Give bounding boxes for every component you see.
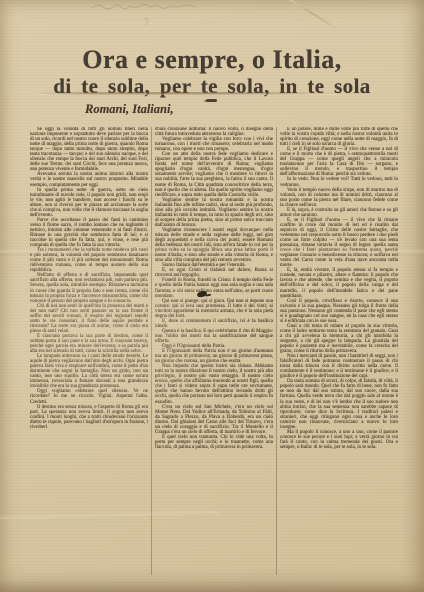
paragraph: Qui non si piange: qui si giura. Qui non… (155, 299, 273, 319)
paragraph: Così il popolo, crocifisso e risorto, co… (280, 299, 398, 324)
paragraph: Avevamo serrata la nostra anima intorno … (30, 172, 148, 187)
paragraph: E, se il Figliuol d'uomo — il vivo che l… (280, 218, 398, 268)
paragraph: E là, sopra, è costruito su gli amori ch… (280, 208, 398, 218)
paragraph: Le lampade ardevano su i canti delle str… (30, 354, 148, 389)
paragraph: E, se ogni Cristo si rialzerà nel dolore… (155, 268, 273, 278)
column-rule-1 (151, 127, 152, 575)
paragraph: E ciascuno portava la sua parte di desti… (30, 334, 148, 354)
page-title: Ora e sempre, o Italia, di te sola, per … (0, 45, 424, 98)
paragraph: Ma il popolo li conosce, a uno a uno, co… (280, 430, 398, 450)
paper-crease-middle (0, 248, 424, 256)
paper-edge-shadow (0, 581, 424, 592)
column-rule-2 (276, 127, 277, 575)
paragraph: E l'Ognissanti della Patria non è un gio… (155, 349, 273, 364)
paragraph: d'una creazione notturna: il nuovo volto… (155, 127, 273, 137)
paragraph: E quel cielo non tramonta. Chi lo vide u… (155, 435, 273, 450)
paragraph: Parve che ascoltasse il passo dei fanti … (30, 218, 148, 248)
broadside-page: Ora e sempre, o Italia, di te sola, per … (0, 0, 424, 592)
paragraph: Chi di noi non sentì in quell'ora la pre… (30, 304, 148, 334)
paragraph: Oggi vogliamo celebrare quel silenzio. V… (30, 389, 148, 404)
paragraph: Non i mercanti di parole, non i barattie… (280, 354, 398, 379)
paragraph: Non importa che questo lustro sia chiuso… (155, 364, 273, 404)
paragraph: Guai a chi tenta di rubare al popolo la … (280, 324, 398, 354)
paragraph: E, dove si commemora il sacrifizio, ivi … (155, 319, 273, 329)
paragraph: In quella prima notte di guerra, sotto u… (30, 188, 148, 218)
paragraph: Questa è la basilica. E qui celebriamo i… (155, 329, 273, 344)
paragraph: È un potere, mille e mille volte più for… (280, 127, 398, 147)
pencil-annotation (88, 1, 228, 27)
paragraph: Con un atto della nostra fede vogliamo d… (155, 152, 273, 197)
title-divider-ornament (206, 99, 217, 102)
page-title-line1: Ora e sempre, o Italia, (0, 45, 424, 74)
paragraph: Se oggi la volontà di tutti gli uomini l… (30, 127, 148, 172)
paragraph: Io lo vedo. Non lo vedete voi? Tutti lo … (280, 177, 398, 187)
paragraph: Vogliamo celebrare la vigilia con loro: … (155, 137, 273, 152)
paragraph: Vogliamo riconoscere i nostri segni dovu… (155, 228, 273, 263)
salutation: Romani, Italiani, (85, 102, 174, 117)
paragraph: Vogliamo sentire la nostra romanità e la… (155, 198, 273, 228)
paragraph: Nell'atto di offerta e di sacrifizio, im… (30, 273, 148, 303)
paragraph: E, se il Figliuol d'uomo — il vivo che v… (280, 147, 398, 177)
paragraph: Vedo il tempio nuovo della stirpe, non d… (280, 188, 398, 208)
text-column-3: È un potere, mille e mille volte più for… (280, 127, 398, 577)
paper-fold-line (38, 92, 338, 95)
paragraph: E, là, entità vivente, il popolo stesso … (280, 268, 398, 298)
paragraph: Fratelli in Roma, fratelli in Cristo: il… (155, 278, 273, 298)
paper-crease-top-right (282, 0, 342, 33)
paragraph: Da tanta somma di errori, di colpe, di f… (280, 379, 398, 429)
paragraph: Il destino era senza misura, e l'aspetto… (30, 405, 148, 430)
text-column-1: Se oggi la volontà di tutti gli uomini l… (30, 127, 148, 577)
paragraph: C'era un cielo sul San Michele, c'era un… (155, 405, 273, 435)
